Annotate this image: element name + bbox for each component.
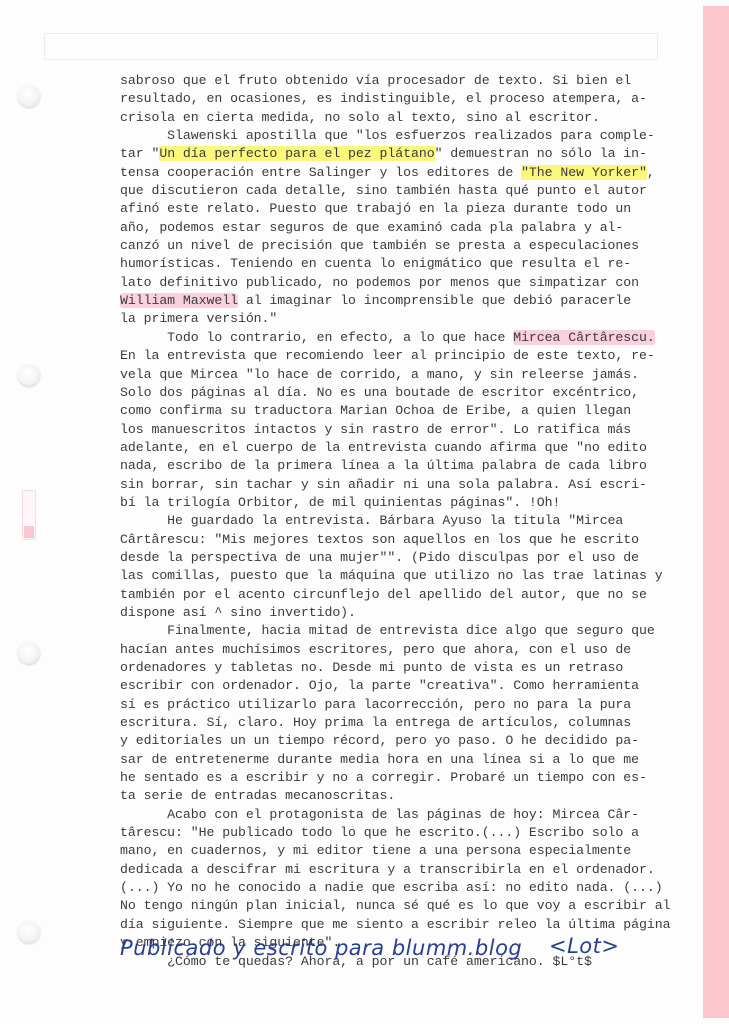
text-line: (...) Yo no he conocido a nadie que escr…: [120, 879, 680, 897]
text-line: mano, en cuadernos, y mi editor tiene a …: [120, 842, 680, 860]
text-line: sar de entretenerme durante media hora e…: [120, 751, 680, 769]
text-line: Cârtârescu: "Mis mejores textos son aque…: [120, 531, 680, 549]
punch-hole-icon: [18, 642, 40, 664]
text-line: William Maxwell al imaginar lo incompren…: [120, 292, 680, 310]
text-line: escritura. Sí, claro. Hoy prima la entre…: [120, 714, 680, 732]
text-line: que discutieron cada detalle, sino tambi…: [120, 182, 680, 200]
text-line: tar "Un día perfecto para el pez plátano…: [120, 145, 680, 163]
text-line: desde la perspectiva de una mujer"". (Pi…: [120, 549, 680, 567]
text-line: sabroso que el fruto obtenido vía proces…: [120, 72, 680, 90]
text-line: bí la trilogía Orbitor, de mil quinienta…: [120, 494, 680, 512]
text-line: también por el acento circunflejo del ap…: [120, 586, 680, 604]
punch-hole-icon: [18, 364, 40, 386]
text-line: año, podemos estar seguros de que examin…: [120, 219, 680, 237]
text-line: la primera versión.": [120, 310, 680, 328]
handwritten-note: Publicado y escrito para blumm.blog: [120, 936, 522, 960]
handwritten-signature: <Lot>: [549, 934, 619, 958]
text-line: y editoriales un un tiempo récord, pero …: [120, 732, 680, 750]
text-line: tensa cooperación entre Salinger y los e…: [120, 164, 680, 182]
header-box: [44, 33, 658, 60]
text-line: Solo dos páginas al día. No es una bouta…: [120, 384, 680, 402]
text-line: sin borrar, sin tachar y sin añadir ni u…: [120, 476, 680, 494]
text-line: los manuescritos intactos y sin rastro d…: [120, 421, 680, 439]
text-line: En la entrevista que recomiendo leer al …: [120, 347, 680, 365]
highlighted-text: Un día perfecto para el pez plátano: [159, 146, 434, 161]
text-line: dispone así ^ sino invertido).: [120, 604, 680, 622]
side-label-tab: [22, 490, 36, 540]
highlighted-text: Mircea Cârtârescu.: [513, 330, 655, 345]
text-line: ordenadores y tabletas no. Desde mi punt…: [120, 659, 680, 677]
punch-hole-icon: [18, 85, 40, 107]
text-line: adelante, en el cuerpo de la entrevista …: [120, 439, 680, 457]
highlighted-text: "The New Yorker": [521, 165, 647, 180]
text-line: como confirma su traductora Marian Ochoa…: [120, 402, 680, 420]
text-line: lato definitivo publicado, no podemos po…: [120, 274, 680, 292]
text-line: hacían antes muchísimos escritores, pero…: [120, 641, 680, 659]
text-line: afinó este relato. Puesto que trabajó en…: [120, 200, 680, 218]
text-line: nada, escribo de la primera línea a la ú…: [120, 457, 680, 475]
pink-edge-strip: [703, 6, 729, 1018]
text-line: He guardado la entrevista. Bárbara Ayuso…: [120, 512, 680, 530]
text-line: vela que Mircea "lo hace de corrido, a m…: [120, 366, 680, 384]
text-line: Acabo con el protagonista de las páginas…: [120, 806, 680, 824]
text-line: Finalmente, hacia mitad de entrevista di…: [120, 622, 680, 640]
text-line: Todo lo contrario, en efecto, a lo que h…: [120, 329, 680, 347]
punch-hole-icon: [18, 921, 40, 943]
text-line: resultado, en ocasiones, es indistinguib…: [120, 90, 680, 108]
text-line: he sentado es a escribir y no a corregir…: [120, 769, 680, 787]
typewritten-body: sabroso que el fruto obtenido vía proces…: [120, 72, 680, 971]
text-line: día siguiente. Siempre que me siento a e…: [120, 916, 680, 934]
text-line: canzó un nivel de precisión que también …: [120, 237, 680, 255]
highlighted-text: William Maxwell: [120, 293, 238, 308]
text-line: crisola en cierta medida, no solo al tex…: [120, 109, 680, 127]
text-line: las comillas, puesto que la máquina que …: [120, 567, 680, 585]
text-line: escribir con ordenador. Ojo, la parte "c…: [120, 677, 680, 695]
text-line: dedicada a descifrar mi escritura y a tr…: [120, 861, 680, 879]
text-line: sí es práctico utilizarlo para lacorrecc…: [120, 696, 680, 714]
text-line: târescu: "He publicado todo lo que he es…: [120, 824, 680, 842]
text-line: Slawenski apostilla que "los esfuerzos r…: [120, 127, 680, 145]
text-line: ta serie de entradas mecanoscritas.: [120, 787, 680, 805]
text-line: No tengo ningún plan inicial, nunca sé q…: [120, 897, 680, 915]
text-line: humorísticas. Teniendo en cuenta lo enig…: [120, 255, 680, 273]
